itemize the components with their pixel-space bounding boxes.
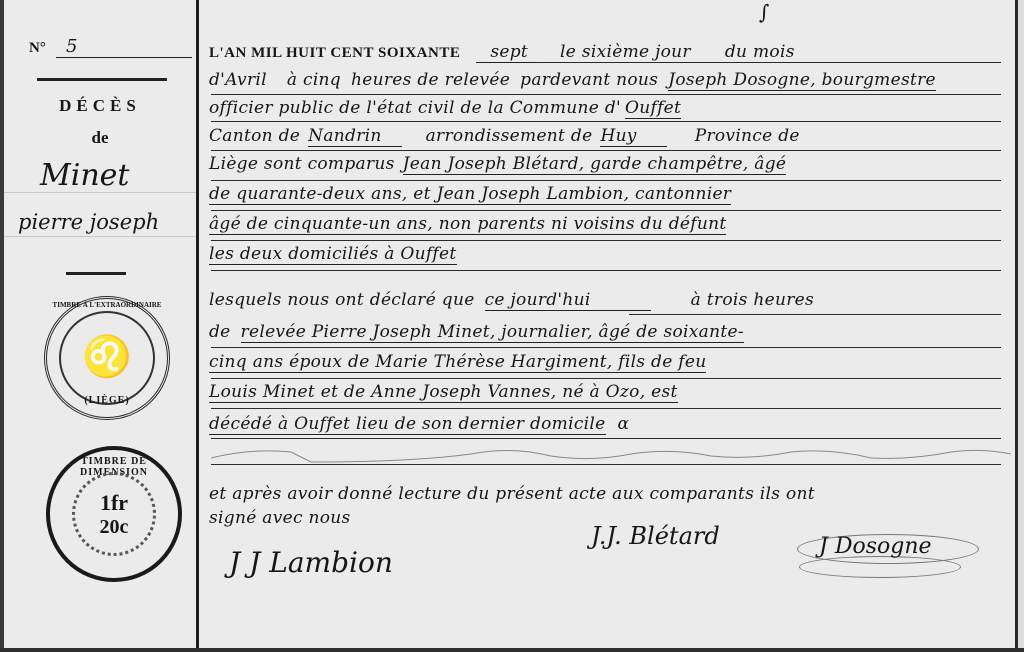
- arrondissement-label: arrondissement de: [426, 126, 593, 146]
- year-word: sept: [476, 42, 542, 63]
- signature-flourish: [799, 556, 961, 578]
- stamp-value-francs: 1fr: [50, 490, 178, 516]
- time-of-day: heures de relevée: [351, 70, 510, 90]
- signed-phrase: signé avec nous: [209, 508, 351, 528]
- stamp-bottom-text: (LIÈGE): [47, 395, 167, 406]
- writing-rule: [211, 270, 1001, 271]
- spouse-phrase: cinq ans époux de Marie Thérèse Hargimen…: [209, 352, 706, 373]
- witness-details: de quarante-deux ans, et Jean Joseph Lam…: [209, 184, 731, 205]
- margin-faint-line: [4, 192, 196, 193]
- margin-column: N° 5 DÉCÈS de Minet pierre joseph TIMBRE…: [4, 0, 196, 648]
- closing-phrase: et après avoir donné lecture du présent …: [209, 484, 815, 504]
- province-label: Province de: [695, 126, 800, 146]
- stamp-dimension: TIMBRE DE DIMENSION 1fr 20c: [46, 446, 182, 582]
- civil-record-page: N° 5 DÉCÈS de Minet pierre joseph TIMBRE…: [0, 0, 1024, 652]
- witness-1: Jean Joseph Blétard, garde champêtre, âg…: [403, 154, 787, 175]
- printed-preamble: L'AN MIL HUIT CENT SOIXANTE: [209, 45, 460, 61]
- margin-rule-short: [66, 272, 126, 275]
- arrondissement-name: Huy: [600, 126, 666, 147]
- record-line: lesquels nous ont déclaré que ce jourd'h…: [209, 290, 1005, 320]
- writing-rule: [211, 347, 1001, 348]
- day-phrase: le sixième jour: [560, 42, 691, 62]
- record-number-underline: [56, 57, 192, 58]
- record-line: Canton de Nandrin arrondissement de Huy …: [209, 126, 1005, 156]
- stamp-outer-text: TIMBRE À L'EXTRAORDINAIRE: [47, 301, 167, 309]
- margin-faint-line: [4, 236, 196, 237]
- writing-rule: [211, 180, 1001, 181]
- place-of-death: décédé à Ouffet lieu de son dernier domi…: [209, 414, 606, 435]
- before-us: pardevant nous: [520, 70, 658, 90]
- month-name: d'Avril: [209, 70, 267, 90]
- writing-rule: [211, 210, 1001, 211]
- writing-rule: [211, 121, 1001, 122]
- lion-emblem-icon: ♌: [47, 333, 167, 380]
- signature-lambion: J J Lambion: [229, 546, 393, 579]
- parents-phrase: Louis Minet et de Anne Joseph Vannes, né…: [209, 382, 678, 403]
- domicile-phrase: les deux domiciliés à Ouffet: [209, 244, 457, 265]
- writing-rule: [211, 94, 1001, 95]
- record-line: d'Avril à cinq heures de relevée pardeva…: [209, 70, 1005, 100]
- record-body: ∫ L'AN MIL HUIT CENT SOIXANTE sept le si…: [199, 0, 1015, 648]
- writing-rule: [211, 408, 1001, 409]
- de-word: de: [209, 322, 231, 342]
- top-ink-mark: ∫: [759, 0, 769, 24]
- writing-rule: [211, 240, 1001, 241]
- writing-rule: [211, 378, 1001, 379]
- page-bottom-edge: [0, 648, 1024, 652]
- date-phrase: ce jourd'hui: [485, 290, 651, 311]
- record-number-value: 5: [66, 36, 77, 57]
- canton-name: Nandrin: [308, 126, 401, 147]
- margin-rule: [37, 78, 167, 81]
- hour-phrase: à cinq: [287, 70, 341, 90]
- witness-2-details: âgé de cinquante-un ans, non parents ni …: [209, 214, 726, 235]
- deceased-surname: Minet: [40, 158, 129, 193]
- declared-phrase: lesquels nous ont déclaré que: [209, 290, 475, 310]
- writing-rule: [629, 314, 1001, 315]
- record-line: officier public de l'état civil de la Co…: [209, 98, 1005, 128]
- writing-rule: [211, 150, 1001, 151]
- deceased-identity: relevée Pierre Joseph Minet, journalier,…: [241, 322, 744, 343]
- officer-phrase: officier public de l'état civil de la Co…: [209, 98, 621, 118]
- signature-bletard: J.J. Blétard: [591, 522, 720, 550]
- stamp-extraordinaire: TIMBRE À L'EXTRAORDINAIRE ♌ (LIÈGE): [44, 296, 170, 420]
- month-phrase: du mois: [725, 42, 795, 62]
- record-number-label: N°: [29, 40, 46, 57]
- end-mark: ɑ: [618, 414, 630, 434]
- appeared-phrase: Liège sont comparus: [209, 154, 395, 174]
- writing-rule: [211, 438, 1001, 439]
- record-line: L'AN MIL HUIT CENT SOIXANTE sept le sixi…: [209, 42, 1005, 72]
- signature-dosogne: J Dosogne: [819, 534, 932, 559]
- record-type-connector: de: [4, 128, 196, 148]
- filler-wave-line: [211, 440, 1011, 466]
- mayor-name: Joseph Dosogne, bourgmestre: [668, 70, 936, 91]
- writing-rule: [539, 62, 1001, 63]
- canton-label: Canton de: [209, 126, 300, 146]
- death-hour: à trois heures: [691, 290, 814, 310]
- commune-name: Ouffet: [625, 98, 681, 119]
- deceased-given-names: pierre joseph: [18, 210, 159, 234]
- stamp-value-centimes: 20c: [50, 516, 178, 539]
- record-type: DÉCÈS: [4, 96, 196, 116]
- page-right-strip: [1018, 0, 1024, 652]
